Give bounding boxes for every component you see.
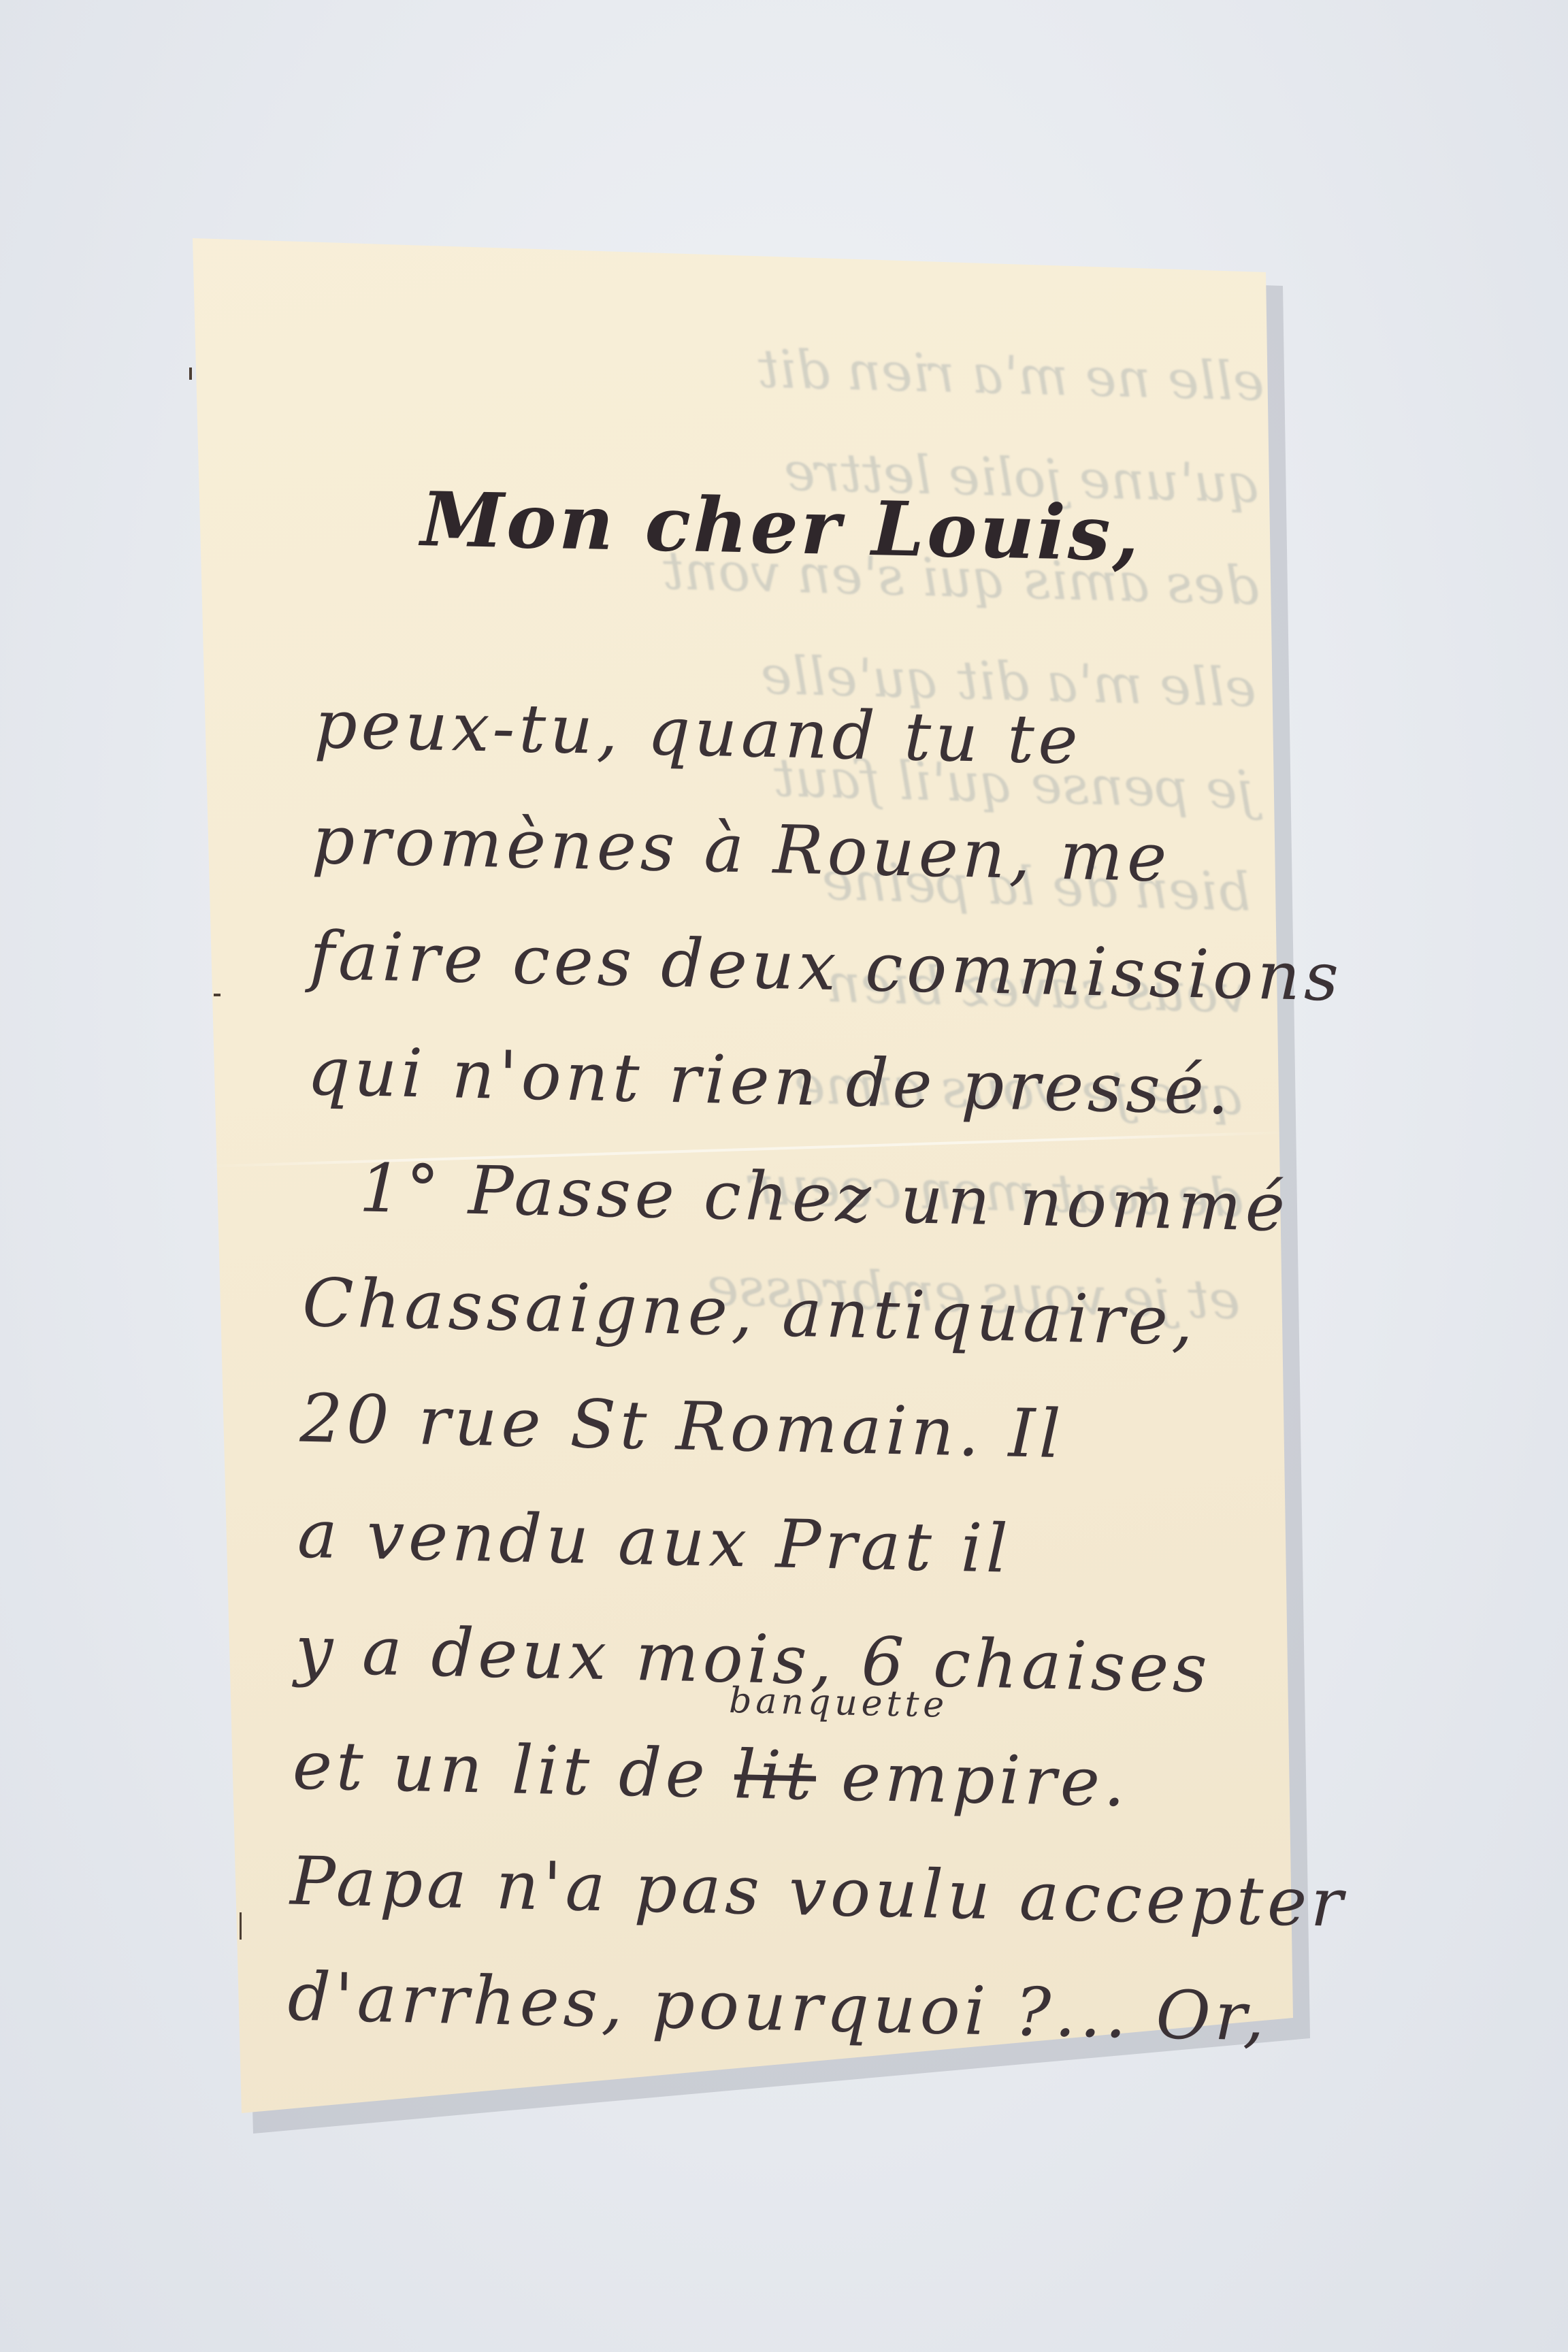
letter-line-7: 20 rue St Romain. Il xyxy=(299,1368,1267,1504)
edge-mark-middle xyxy=(214,994,220,996)
letter-line-3: faire ces deux commissions xyxy=(308,905,1277,1041)
letter-line-8: a vendu aux Prat il xyxy=(296,1484,1264,1620)
letter-line-2: promènes à Rouen, me xyxy=(311,789,1279,926)
edge-mark-top xyxy=(189,367,192,380)
letter-line-6: Chassaigne, antiquaire, xyxy=(301,1252,1269,1388)
letter-line-10: et un lit de banquettelit empire. xyxy=(291,1715,1260,1851)
letter-line-12: d'arrhes, pourquoi ?... Or, xyxy=(287,1946,1255,2082)
letter-line-1: peux-tu, quand tu te xyxy=(313,674,1281,810)
letter-line-4: qui n'ont rien de pressé. xyxy=(306,1021,1274,1157)
salutation: Mon cher Louis, xyxy=(418,472,1286,694)
correction: banquettelit xyxy=(733,1724,817,1827)
line-10-start: et un lit de xyxy=(292,1727,735,1814)
inserted-word: banquette xyxy=(729,1683,949,1723)
line-10-end: empire. xyxy=(815,1738,1130,1823)
letter-line-5: 1° Passe chez un nommé xyxy=(358,1137,1272,1272)
edge-mark-lower xyxy=(240,1912,242,1940)
handwritten-letter: Mon cher Louis, peux-tu, quand tu te pro… xyxy=(287,470,1286,2082)
letter-line-11: Papa n'a pas voulu accepter xyxy=(289,1831,1258,1967)
struck-word: lit xyxy=(734,1736,817,1815)
